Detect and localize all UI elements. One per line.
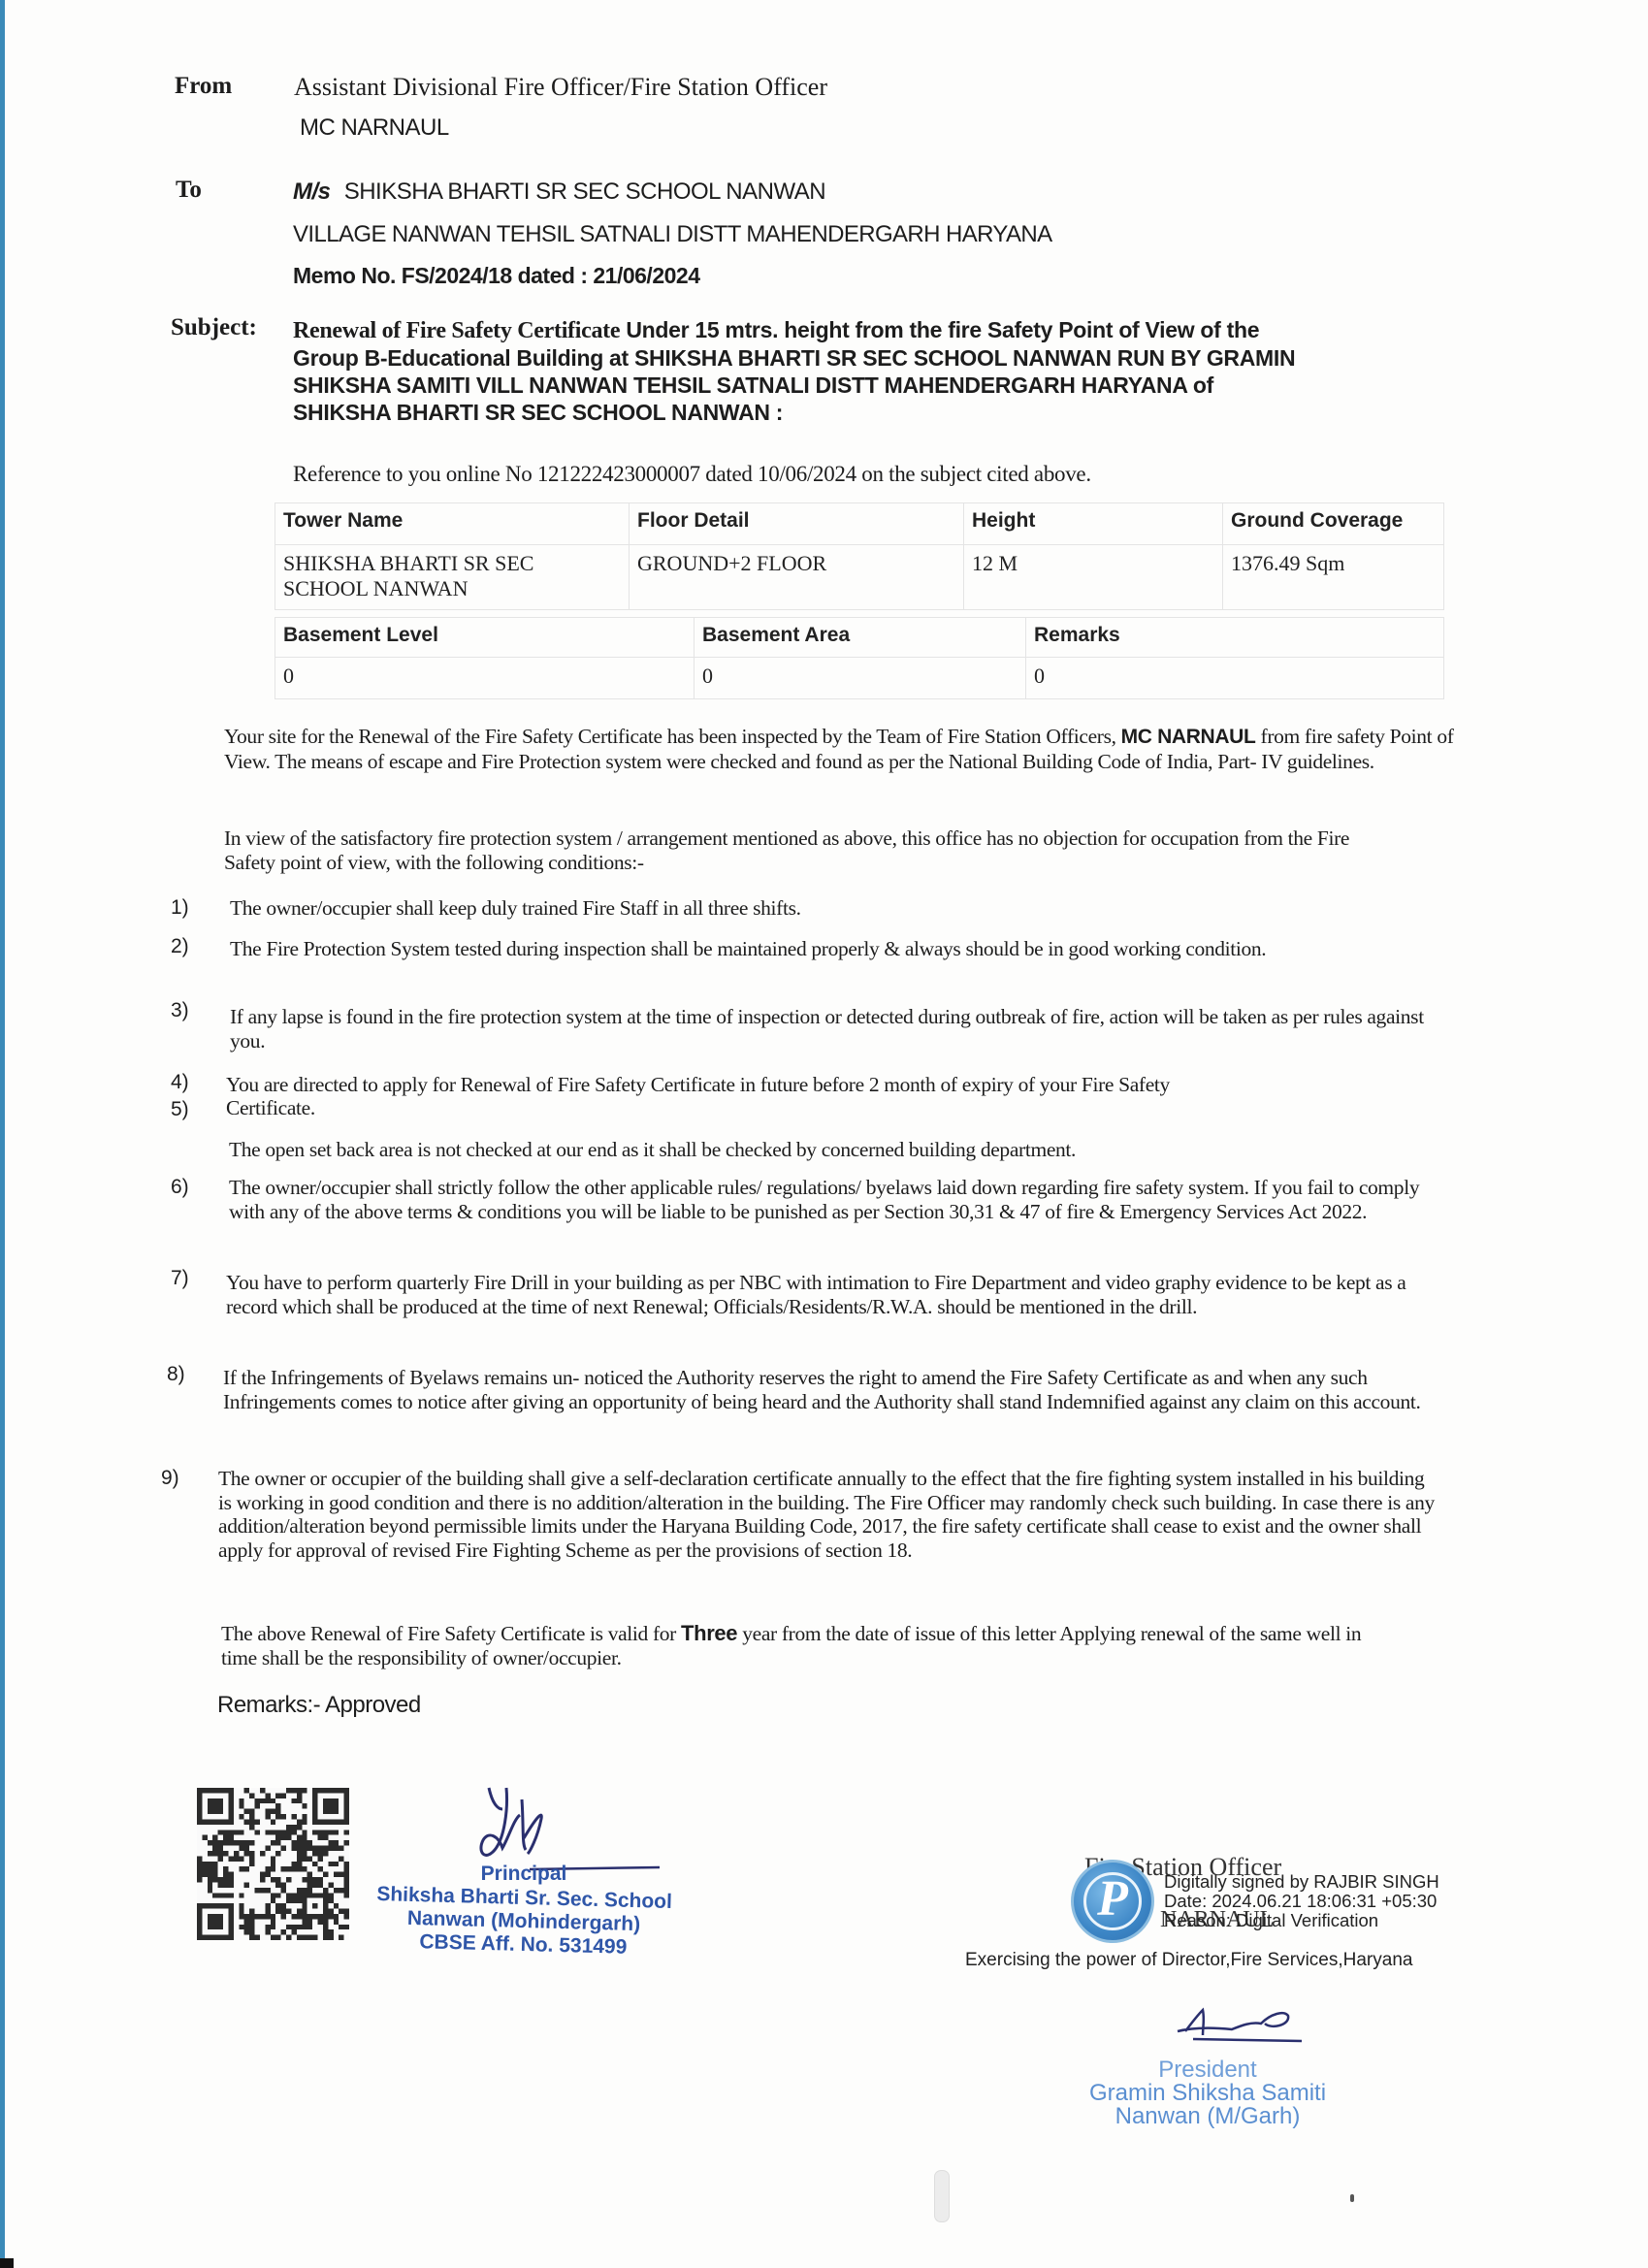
condition-text: The owner/occupier shall strictly follow… xyxy=(229,1176,1441,1223)
digital-signature-details: Digitally signed by RAJBIR SINGH Date: 2… xyxy=(1164,1872,1439,1930)
table-header-row: Tower Name Floor Detail Height Ground Co… xyxy=(275,503,1444,545)
president-title: President xyxy=(1067,2058,1348,2082)
digital-signature-badge-icon[interactable]: P xyxy=(1071,1860,1154,1943)
president-place: Nanwan (M/Garh) xyxy=(1067,2105,1348,2128)
validity-paragraph: The above Renewal of Fire Safety Certifi… xyxy=(221,1622,1395,1669)
header-basement-level: Basement Level xyxy=(275,618,695,658)
condition-number: 9) xyxy=(161,1467,179,1490)
cell-basement-level: 0 xyxy=(275,658,695,699)
cell-basement-area: 0 xyxy=(695,658,1026,699)
subject-line2: Group B-Educational Building at SHIKSHA … xyxy=(293,344,1457,372)
qr-code[interactable] xyxy=(197,1788,349,1940)
table-row: 0 0 0 xyxy=(275,658,1444,699)
memo-number: Memo No. FS/2024/18 dated : 21/06/2024 xyxy=(293,263,699,289)
condition-text: Certificate. xyxy=(226,1096,1448,1120)
table-header-row: Basement Level Basement Area Remarks xyxy=(275,618,1444,658)
subject-label: Subject: xyxy=(171,314,257,341)
validity-text: The above Renewal of Fire Safety Certifi… xyxy=(221,1622,676,1645)
table-row: SHIKSHA BHARTI SR SEC SCHOOL NANWAN GROU… xyxy=(275,545,1444,610)
subject-text: Renewal of Fire Safety Certificate Under… xyxy=(293,316,1457,426)
recipient-address: VILLAGE NANWAN TEHSIL SATNALI DISTT MAHE… xyxy=(293,221,1052,248)
header-remarks: Remarks xyxy=(1026,618,1444,658)
noc-paragraph: In view of the satisfactory fire protect… xyxy=(224,826,1388,874)
authority-line: Exercising the power of Director,Fire Se… xyxy=(965,1950,1412,1971)
signed-by: Digitally signed by RAJBIR SINGH xyxy=(1164,1872,1439,1892)
condition-number: 6) xyxy=(171,1176,189,1199)
building-details-table: Tower Name Floor Detail Height Ground Co… xyxy=(275,502,1444,610)
president-signature xyxy=(1174,2006,1319,2045)
condition-number: 4) xyxy=(171,1071,189,1094)
cell-remarks: 0 xyxy=(1026,658,1444,699)
to-recipient: M/s SHIKSHA BHARTI SR SEC SCHOOL NANWAN xyxy=(293,178,825,206)
condition-number: 5) xyxy=(171,1098,189,1121)
header-ground-coverage: Ground Coverage xyxy=(1223,503,1444,545)
basement-details-table: Basement Level Basement Area Remarks 0 0… xyxy=(275,617,1444,699)
remarks-approved: Remarks:- Approved xyxy=(217,1692,421,1719)
header-tower-name: Tower Name xyxy=(275,503,630,545)
validity-term: Three xyxy=(681,1621,737,1645)
header-basement-area: Basement Area xyxy=(695,618,1026,658)
reference-line: Reference to you online No 1212224230000… xyxy=(293,462,1091,487)
cell-tower-name: SHIKSHA BHARTI SR SEC SCHOOL NANWAN xyxy=(275,545,630,610)
principal-stamp: Shiksha Bharti Sr. Sec. School Nanwan (M… xyxy=(353,1882,695,1960)
condition-text: The owner/occupier shall keep duly train… xyxy=(230,896,1452,921)
scan-edge xyxy=(0,0,5,2268)
condition-text: The Fire Protection System tested during… xyxy=(230,937,1433,961)
signed-date: Date: 2024.06.21 18:06:31 +05:30 xyxy=(1164,1892,1439,1911)
condition-text: If any lapse is found in the fire protec… xyxy=(230,1005,1452,1053)
condition-number: 2) xyxy=(171,935,189,958)
ms-prefix: M/s xyxy=(293,178,331,205)
inspection-office: MC NARNAUL xyxy=(1121,726,1256,748)
scan-punch-mark xyxy=(934,2170,950,2222)
cell-height: 12 M xyxy=(964,545,1223,610)
condition-number: 8) xyxy=(167,1363,185,1386)
condition-text: The owner or occupier of the building sh… xyxy=(218,1467,1436,1562)
condition-number: 1) xyxy=(171,896,189,920)
signed-reason: Reason: Digital Verification xyxy=(1164,1911,1439,1930)
inspection-paragraph: Your site for the Renewal of the Fire Sa… xyxy=(224,725,1470,773)
scan-dust-mark xyxy=(1350,2194,1354,2202)
president-org: Gramin Shiksha Samiti xyxy=(1067,2082,1348,2105)
cell-ground-coverage: 1376.49 Sqm xyxy=(1223,545,1444,610)
president-stamp: President Gramin Shiksha Samiti Nanwan (… xyxy=(1067,2058,1348,2128)
badge-letter: P xyxy=(1074,1870,1151,1928)
cell-floor-detail: GROUND+2 FLOOR xyxy=(630,545,964,610)
subject-line3: SHIKSHA SAMITI VILL NANWAN TEHSIL SATNAL… xyxy=(293,372,1457,399)
condition-text: The open set back area is not checked at… xyxy=(229,1138,1451,1162)
subject-line4: SHIKSHA BHARTI SR SEC SCHOOL NANWAN : xyxy=(293,399,1457,426)
principal-title: Principal xyxy=(359,1863,689,1886)
header-floor-detail: Floor Detail xyxy=(630,503,964,545)
condition-text: You are directed to apply for Renewal of… xyxy=(226,1073,1448,1097)
subject-line1-serif: Renewal of Fire Safety Certificate xyxy=(293,318,620,343)
inspection-text: Your site for the Renewal of the Fire Sa… xyxy=(224,725,1116,748)
condition-text: You have to perform quarterly Fire Drill… xyxy=(226,1271,1409,1318)
from-place: MC NARNAUL xyxy=(300,114,449,142)
from-label: From xyxy=(175,73,232,100)
header-height: Height xyxy=(964,503,1223,545)
scan-corner-mark xyxy=(0,2258,14,2268)
to-label: To xyxy=(176,177,202,204)
subject-line1-sans: Under 15 mtrs. height from the fire Safe… xyxy=(626,317,1259,342)
condition-text: If the Infringements of Byelaws remains … xyxy=(223,1366,1445,1413)
condition-number: 7) xyxy=(171,1267,189,1290)
recipient-name: SHIKSHA BHARTI SR SEC SCHOOL NANWAN xyxy=(344,178,825,205)
condition-number: 3) xyxy=(171,999,189,1022)
from-office: Assistant Divisional Fire Officer/Fire S… xyxy=(294,73,827,102)
